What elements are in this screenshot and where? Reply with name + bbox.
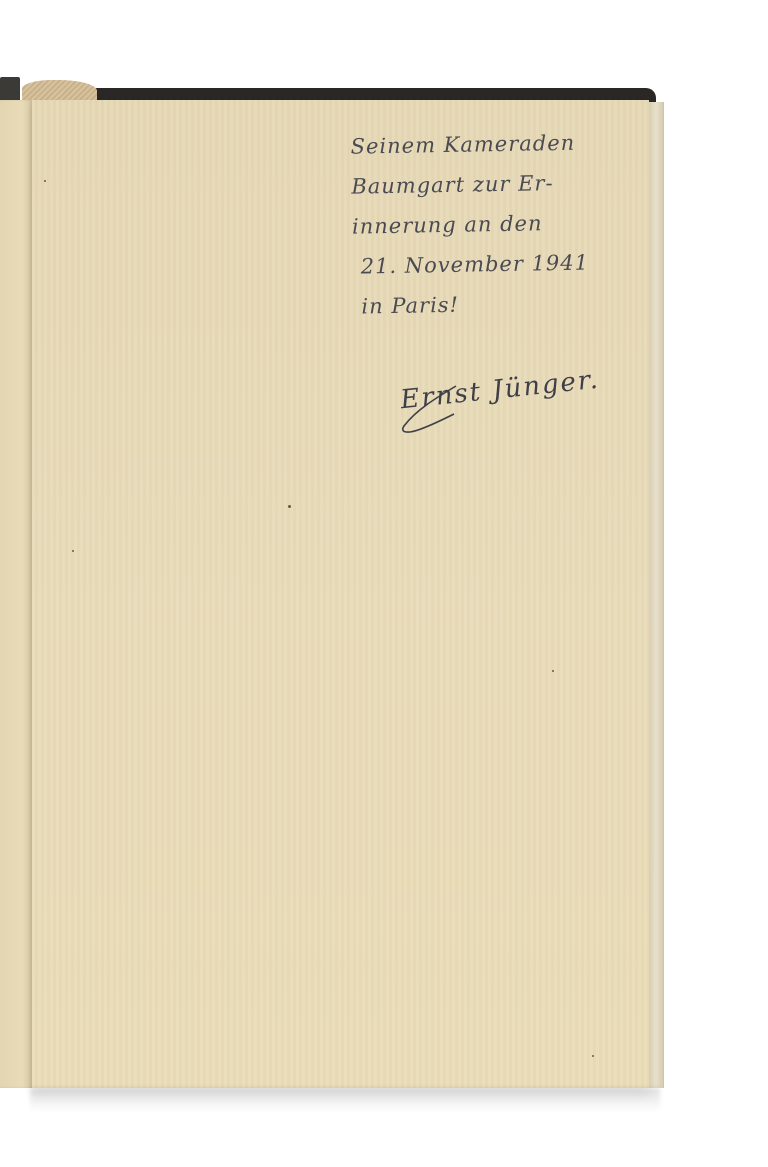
inscription-line: Seinem Kameraden xyxy=(350,121,651,166)
handwritten-inscription: Seinem Kameraden Baumgart zur Er- inneru… xyxy=(350,121,653,326)
inscription-line: Baumgart zur Er- xyxy=(351,161,652,206)
paper-speck xyxy=(44,180,46,182)
ribbon-bookmark xyxy=(22,80,97,102)
inscription-line: innerung an den xyxy=(352,201,653,246)
inscription-line: 21. November 1941 xyxy=(360,241,653,286)
inscription-line: in Paris! xyxy=(361,281,654,326)
cover-corner xyxy=(0,77,20,102)
paper-speck xyxy=(288,505,291,508)
paper-speck xyxy=(72,550,74,552)
book-shadow xyxy=(30,1088,660,1112)
left-flyleaf xyxy=(0,100,32,1088)
paper-speck xyxy=(552,670,554,672)
paper-speck xyxy=(592,1055,594,1057)
photo-scene: Seinem Kameraden Baumgart zur Er- inneru… xyxy=(0,0,768,1167)
